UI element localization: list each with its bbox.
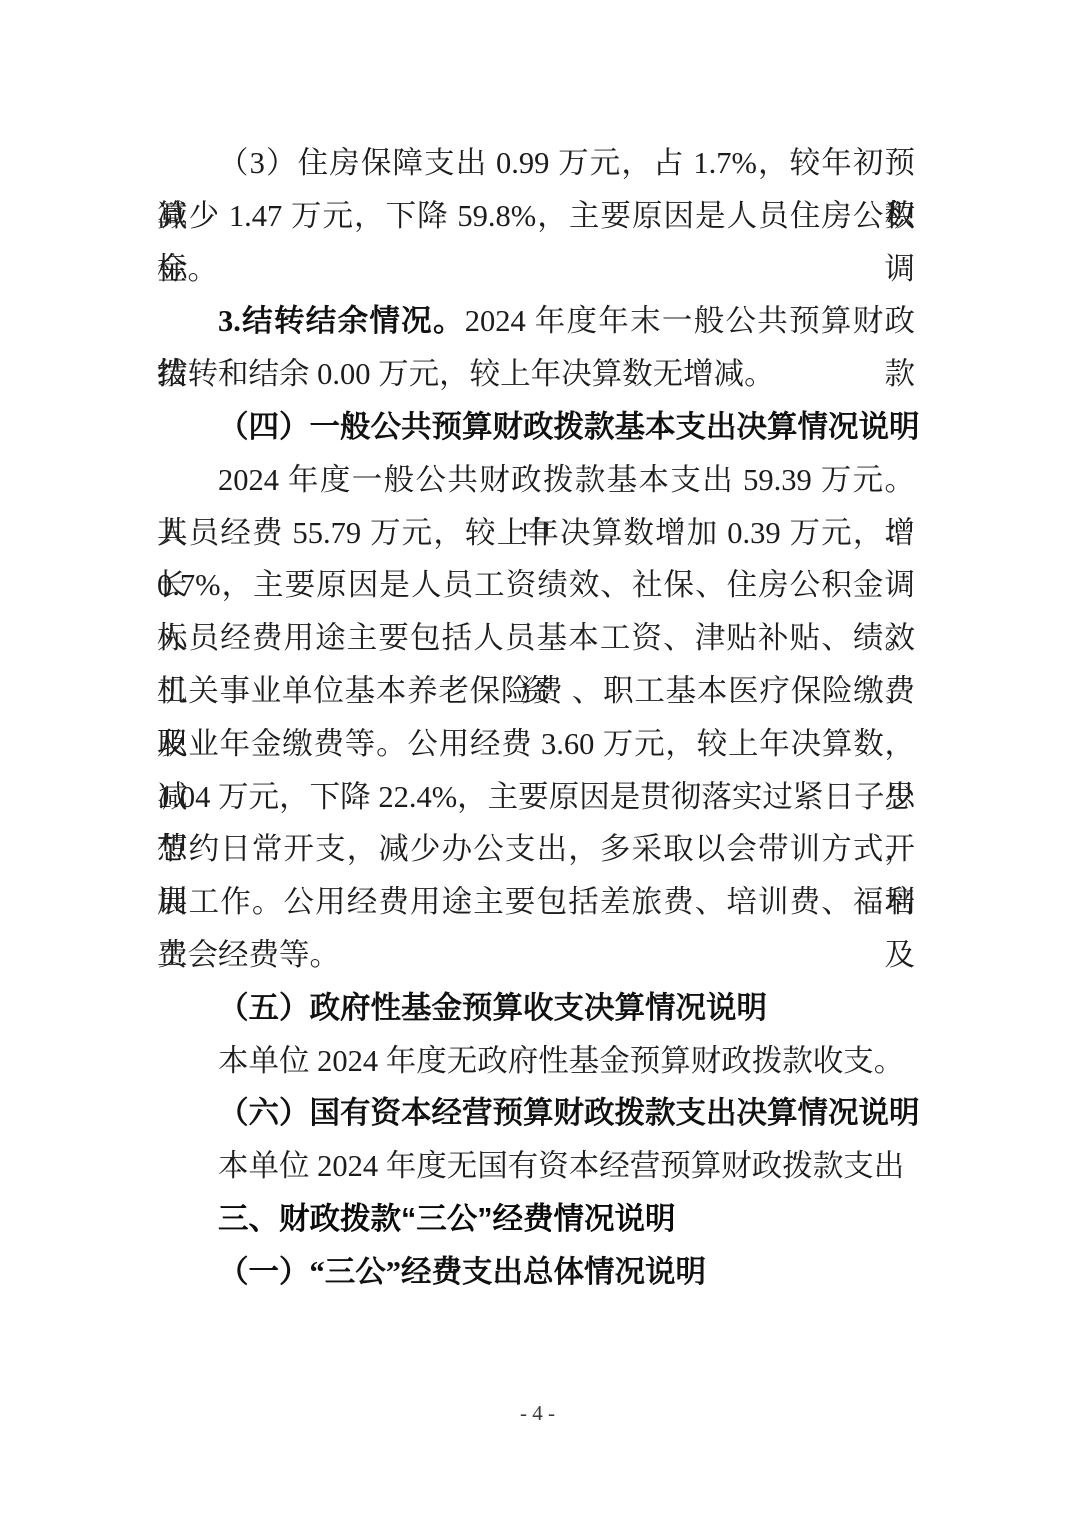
body-line: 2024 年度一般公共财政拨款基本支出 59.39 万元。其中： — [157, 454, 915, 507]
body-line: 减少 1.47 万元，下降 59.8%，主要原因是人员住房公积金调 — [157, 190, 915, 243]
heading-section-6: （六）国有资本经营预算财政拨款支出决算情况说明 — [157, 1087, 915, 1140]
document-page: （3）住房保障支出 0.99 万元，占 1.7%，较年初预算数 减少 1.47 … — [0, 0, 1075, 1520]
heading-section-5: （五）政府性基金预算收支决算情况说明 — [157, 982, 915, 1035]
page-number: - 4 - — [0, 1398, 1075, 1428]
heading-part-3: 三、财政拨款“三公”经费情况说明 — [157, 1193, 915, 1246]
body-line: 3.结转结余情况。2024 年度年末一般公共预算财政拨款 — [157, 295, 915, 348]
body-line: 人员经费 55.79 万元，较上年决算数增加 0.39 万元，增长 — [157, 507, 915, 560]
heading-section-4: （四）一般公共预算财政拨款基本支出决算情况说明 — [157, 401, 915, 454]
bold-run: 3.结转结余情况。 — [218, 304, 465, 338]
body-line: 职业年金缴费等。公用经费 3.60 万元，较上年决算数，减少 — [157, 718, 915, 771]
body-line: 1.04 万元，下降 22.4%，主要原因是贯彻落实过紧日子思想， — [157, 771, 915, 824]
body-line: 本单位 2024 年度无国有资本经营预算财政拨款支出 — [157, 1140, 915, 1193]
body-line: 人员经费用途主要包括人员基本工资、津贴补贴、绩效工资、 — [157, 612, 915, 665]
body-line: 本单位 2024 年度无政府性基金预算财政拨款收支。 — [157, 1035, 915, 1088]
document-body: （3）住房保障支出 0.99 万元，占 1.7%，较年初预算数 减少 1.47 … — [157, 137, 915, 1299]
body-line: 训工作。公用经费用途主要包括差旅费、培训费、福利费及 — [157, 876, 915, 929]
body-line: 机关事业单位基本养老保险费 、职工基本医疗保险缴费及 — [157, 665, 915, 718]
heading-subsection-1: （一）“三公”经费支出总体情况说明 — [157, 1246, 915, 1299]
body-line: 节约日常开支，减少办公支出，多采取以会带训方式开展培 — [157, 823, 915, 876]
body-line: 0.7%，主要原因是人员工资绩效、社保、住房公积金调标。 — [157, 559, 915, 612]
body-line: （3）住房保障支出 0.99 万元，占 1.7%，较年初预算数 — [157, 137, 915, 190]
